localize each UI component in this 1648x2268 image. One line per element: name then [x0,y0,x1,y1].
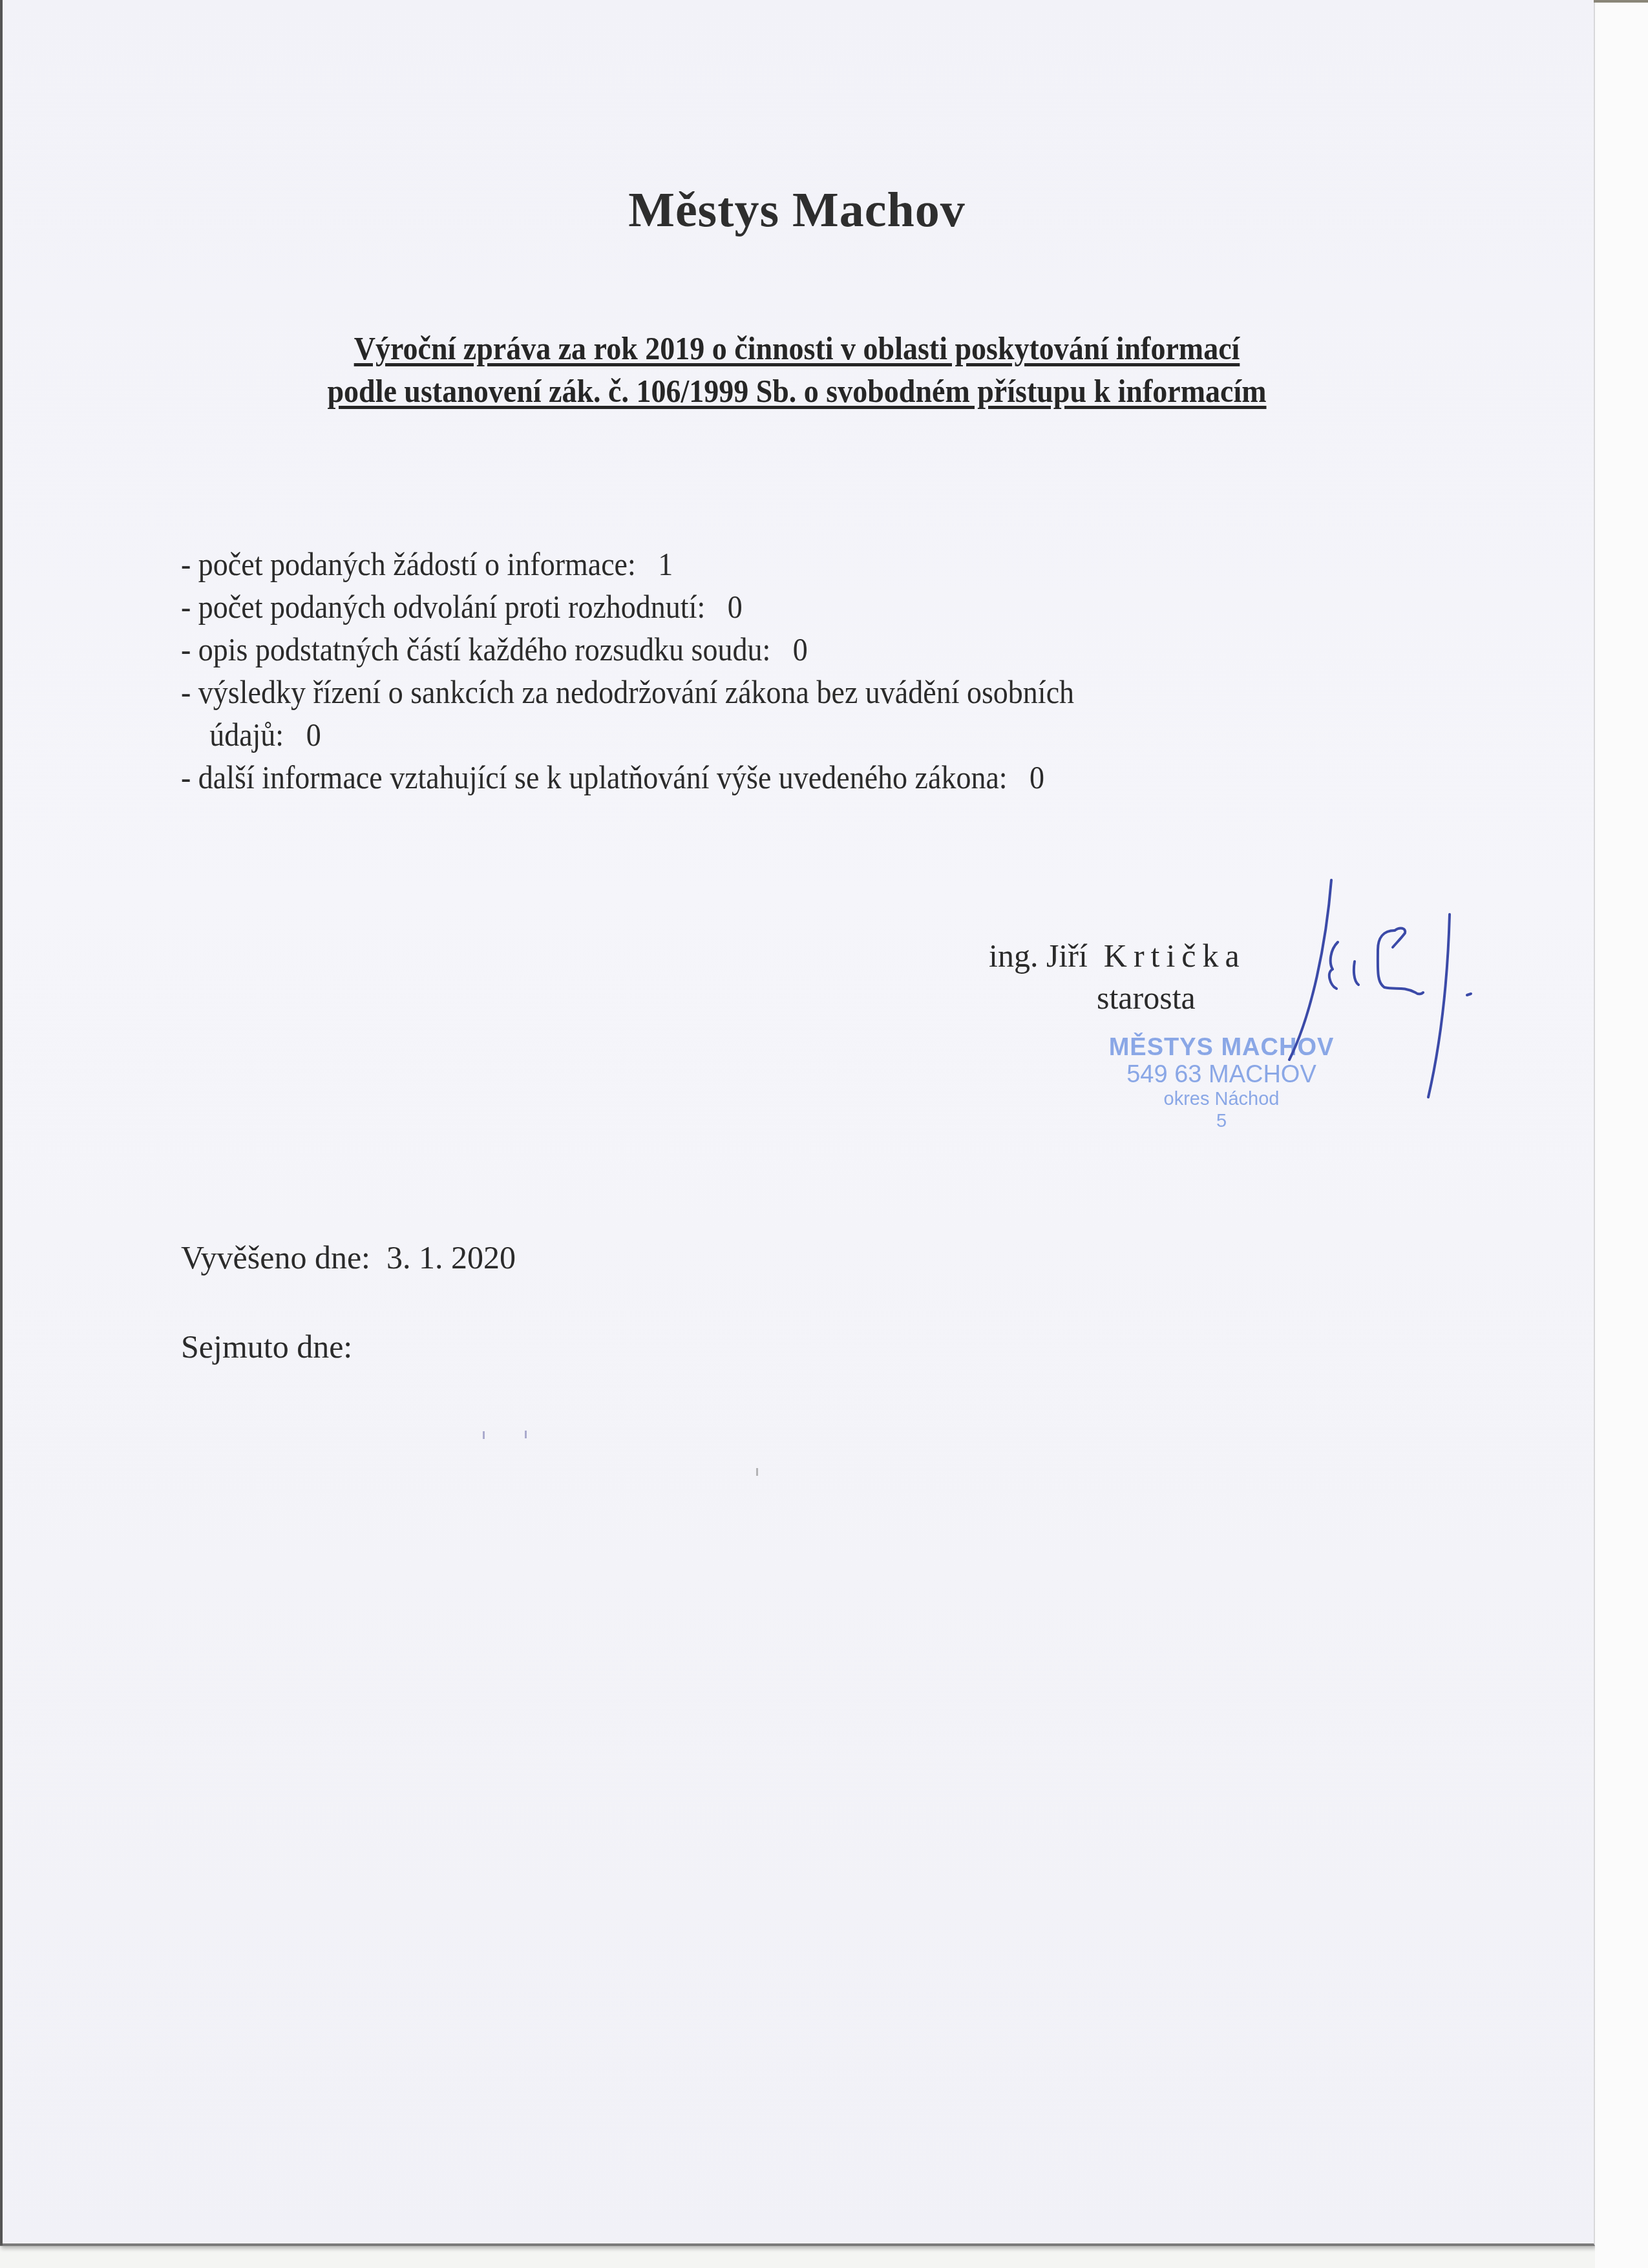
item-label-continuation: údajů: [209,717,284,753]
report-heading-line-2: podle ustanovení zák. č. 106/1999 Sb. o … [64,372,1530,410]
item-value: 0 [728,589,743,625]
item-label: - počet podaných žádostí o informace: [181,546,636,582]
removed-date: Sejmuto dne: [181,1328,361,1365]
document-title: Městys Machov [0,182,1594,238]
ink-speck [756,1468,758,1476]
removed-label: Sejmuto dne: [181,1328,352,1365]
page-left-edge [0,0,3,2245]
stamp-line-4: 5 [1092,1110,1351,1132]
statistics-list: - počet podaných žádostí o informace: 1 … [181,543,1074,799]
item-value: 0 [793,631,808,667]
item-value: 0 [1030,759,1044,795]
report-heading-line-1: Výroční zpráva za rok 2019 o činnosti v … [64,330,1530,367]
list-item-court-rulings: - opis podstatných částí každého rozsudk… [181,628,1074,671]
list-item-appeals: - počet podaných odvolání proti rozhodnu… [181,585,1074,628]
list-item-requests: - počet podaných žádostí o informace: 1 [181,543,1074,585]
item-label: - počet podaných odvolání proti rozhodnu… [181,589,705,625]
posted-date: Vyvěšeno dne: 3. 1. 2020 [181,1239,516,1276]
signatory-prefix: ing. Jiří [989,938,1088,974]
list-item-sanctions-continuation: údajů: 0 [181,713,1074,756]
scan-margin [1595,3,1648,2268]
item-value: 1 [658,546,673,582]
posted-label: Vyvěšeno dne: [181,1239,370,1276]
ink-speck [483,1431,485,1439]
list-item-other-info: - další informace vztahující se k uplatň… [181,756,1074,799]
handwritten-signature-icon [1286,866,1493,1111]
item-value: 0 [306,717,321,753]
item-label: - opis podstatných částí každého rozsudk… [181,631,770,667]
posted-value: 3. 1. 2020 [386,1239,516,1276]
list-item-sanctions: - výsledky řízení o sankcích za nedodržo… [181,671,1074,713]
item-label: - další informace vztahující se k uplatň… [181,759,1008,795]
signatory-name: ing. Jiří Krtička [989,937,1246,974]
item-label: - výsledky řízení o sankcích za nedodržo… [181,674,1074,710]
signatory-surname: Krtička [1104,938,1246,974]
ink-speck [525,1431,527,1438]
signatory-role: starosta [1097,979,1196,1016]
